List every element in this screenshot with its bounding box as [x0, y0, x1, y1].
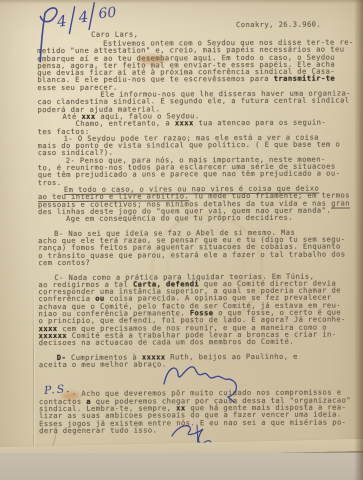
paragraph-clandestine-org: Ele informou-nos que lhe disseras haver …: [37, 90, 351, 114]
letter-scan: Conakry, 26.3.960. Caro Lars, Estivemos …: [0, 0, 363, 480]
signature-scribble-icon: [150, 356, 260, 404]
item-B: B- Nao sei que ideia se faz o Abel de si…: [38, 228, 345, 266]
svg-text:60: 60: [98, 5, 117, 23]
ps-label: P.S.: [43, 382, 71, 397]
letter-text: transmitir-te: [274, 74, 336, 83]
item-C: C- Nada como a prática para liquidar teo…: [38, 272, 346, 347]
letter-text: xxxx: [175, 119, 194, 128]
letter-line: decisoes na actuacao de cada um dos memb…: [39, 338, 346, 347]
svg-text:4: 4: [55, 12, 67, 31]
registry-flourish-icon: 4/4/60 4 4 60: [24, 0, 134, 62]
letter-body: Conakry, 26.3.960. Caro Lars, Estivemos …: [37, 0, 363, 480]
backing-surface: [0, 453, 363, 480]
page-edge-shadow: [0, 0, 363, 4]
letter-line: Age em consequência do que tu próprio de…: [38, 214, 350, 223]
letter-text: tua atencao para os seguin-: [194, 118, 326, 128]
letter-text: Age em consequência do que tu próprio de…: [66, 213, 293, 223]
letter-text: derá degenerar tudo isso.: [39, 425, 157, 435]
svg-text:4: 4: [77, 8, 89, 27]
letter-text: Chamo, entretanto, a: [76, 119, 175, 129]
letter-line: que têm prejudicado a uns e parece que n…: [38, 170, 341, 179]
item-1: 1- O Seydou pode ter razao; mas ele está…: [38, 133, 341, 156]
letter-text: decisoes na actuacao de cada um dos memb…: [39, 337, 294, 347]
item-2: 2- Penso que, para nós, o mais important…: [38, 155, 341, 186]
letter-text: aceita o meu melhor abraço.: [39, 360, 167, 370]
place-date: Conakry, 26.3.960.: [236, 20, 321, 29]
page-edge-shadow: [354, 0, 363, 480]
paragraph-em-todo-o-caso: Em todo o caso, o vires ou nao vires é c…: [38, 184, 350, 222]
letter-text: cem contos?: [38, 258, 90, 267]
letter-text: que têm prejudicado a uns e parece que n…: [38, 169, 341, 180]
letter-text: gran: [331, 198, 350, 207]
